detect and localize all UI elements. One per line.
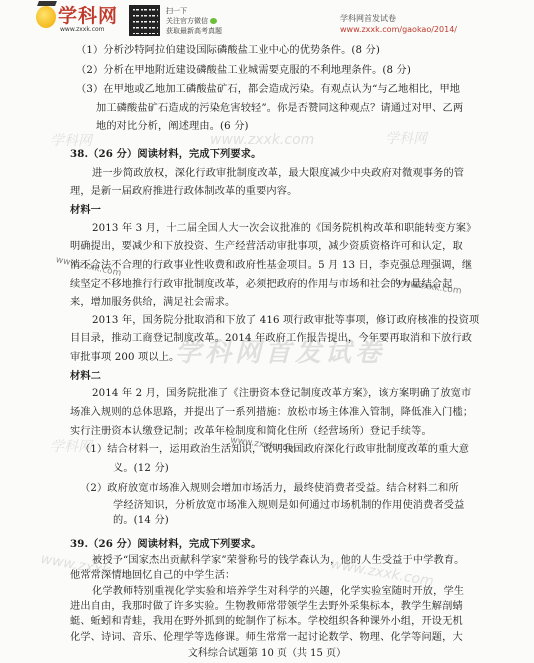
page-header: 学科网 www.zxxk.com 扫一下 关注官方微信 获取最新高考真题 学科网… xyxy=(0,0,534,40)
text-line: 2014 年 2 月，国务院批准了《注册资本登记制度改革方案》，该方案明确了放宽… xyxy=(92,384,471,399)
text-line: 续坚定不移地推行行政审批制度改革，必须把政府的作用与市场和社会的力量结合起 xyxy=(70,275,452,290)
text-line: 进出自由，我那时做了许多实验。生物教师常带领学生去野外采集标本，教学生解剖蜻 xyxy=(70,597,463,612)
text-line: （2）政府放宽市场准入规则会增加市场活力，最终使消费者受益。结合材料二和所 xyxy=(80,479,459,494)
logo-title: 学科网 xyxy=(58,6,118,26)
text-line: 明确提出，要减少和下放投资、生产经营活动审批事项，减少资质资格许可和认定，取 xyxy=(70,237,463,252)
text-line: 化学、诗词、音乐、伦理学等选修课。师生常常一起讨论数学、物理、化学等问题，大 xyxy=(70,628,463,643)
logo-url: www.zxxk.com xyxy=(60,26,118,33)
text-line: 来，增加服务供给，满足社会需求。 xyxy=(70,293,235,308)
zxxk-logo[interactable]: 学科网 www.zxxk.com xyxy=(36,6,118,33)
text-line: （2）分析在甲地附近建设磷酸盐工业城需要克服的不利地理条件。(8 分) xyxy=(76,61,411,76)
text-line: 目目录，推动工商登记制度改革。2014 年政府工作报告提出，今年要再取消和下放行… xyxy=(70,329,472,344)
text-line: 被授予“国家杰出贡献科学家”荣誉称号的钱学森认为，他的人生受益于中学教育。 xyxy=(92,551,465,566)
text-line: 加工磷酸盐矿石造成的污染危害较轻”。你是否赞同这种观点？请通过对甲、乙两 xyxy=(96,99,463,114)
mascot-icon xyxy=(36,6,56,28)
text-line: （1）分析沙特阿拉伯建设国际磷酸盐工业中心的优势条件。(8 分) xyxy=(76,41,380,56)
text-line: 理，是新一届政府推进行政体制改革的重要内容。 xyxy=(70,182,297,197)
text-line: 学经济知识，分析放宽市场准入规则是如何通过市场机制的作用使消费者受益 xyxy=(113,496,464,511)
text-line: 实行注册资本认缴登记制；改革年检制度和简化住所（经营场所）登记手续等。 xyxy=(70,422,432,437)
text-line: 39.（26 分）阅读材料，完成下列要求。 xyxy=(70,535,261,550)
site-name: 学科网首发试卷 xyxy=(340,13,457,24)
header-right: 学科网首发试卷 www.zxxk.com/gaokao/2014/ xyxy=(340,13,457,35)
text-line: 的。(14 分) xyxy=(113,511,169,526)
text-line: 进一步简政放权，深化行政审批制度改革，最大限度减少中央政府对微观事务的管 xyxy=(92,164,464,179)
text-line: 他常常深情地回忆自己的中学生活： xyxy=(70,566,235,581)
qr-code-icon xyxy=(129,5,160,36)
text-line: 材料一 xyxy=(70,201,101,216)
text-line: 2013 年 3 月，十二届全国人大一次会议批准的《国务院机构改革和职能转变方案… xyxy=(92,219,476,234)
text-line: （1）结合材料一，运用政治生活知识，说明我国政府深化行政审批制度改革的重大意 xyxy=(80,440,469,455)
qr-caption: 扫一下 关注官方微信 获取最新高考真题 xyxy=(166,6,222,36)
text-line: 材料二 xyxy=(70,367,101,382)
text-line: 38.（26 分）阅读材料，完成下列要求。 xyxy=(70,145,261,160)
qr-caption-line: 获取最新高考真题 xyxy=(166,26,222,36)
site-url-link[interactable]: www.zxxk.com/gaokao/2014/ xyxy=(340,24,457,35)
text-line: 义。(12 分) xyxy=(113,459,169,474)
text-line: 场准入规则的总体思路，并提出了一系列措施：放松市场主体准入管制，降低准入门槛； xyxy=(70,403,473,418)
wechat-icon xyxy=(210,18,217,24)
page-footer: 文科综合试题第 10 页（共 15 页） xyxy=(0,644,534,659)
text-line: （3）在甲地或乙地加工磷酸盐矿石，都会造成污染。有观点认为“与乙地相比，甲地 xyxy=(76,80,460,95)
text-line: 消不合法不合理的行政事业性收费和政府性基金项目。5 月 13 日，李克强总理强调… xyxy=(70,256,472,271)
watermark-brand: 学科网 xyxy=(385,128,427,148)
text-line: 2013 年，国务院分批取消和下放了 416 项行政审批等事项，修订政府核准的投… xyxy=(92,311,479,326)
text-line: 审批事项 200 项以上。 xyxy=(70,348,179,363)
qr-caption-line: 关注官方微信 xyxy=(166,16,222,26)
qr-caption-line: 扫一下 xyxy=(166,6,222,16)
text-line: 地的对比分析，阐述理由。(6 分) xyxy=(96,117,249,132)
text-line: 蜓、蚯蚓和青蛙，我用在野外抓到的蛇制作了标本。学校组织各种课外小组，开设无机 xyxy=(70,612,463,627)
text-line: 化学教师特别重视化学实验和培养学生对科学的兴趣，化学实验室随时开放，学生 xyxy=(92,582,464,597)
